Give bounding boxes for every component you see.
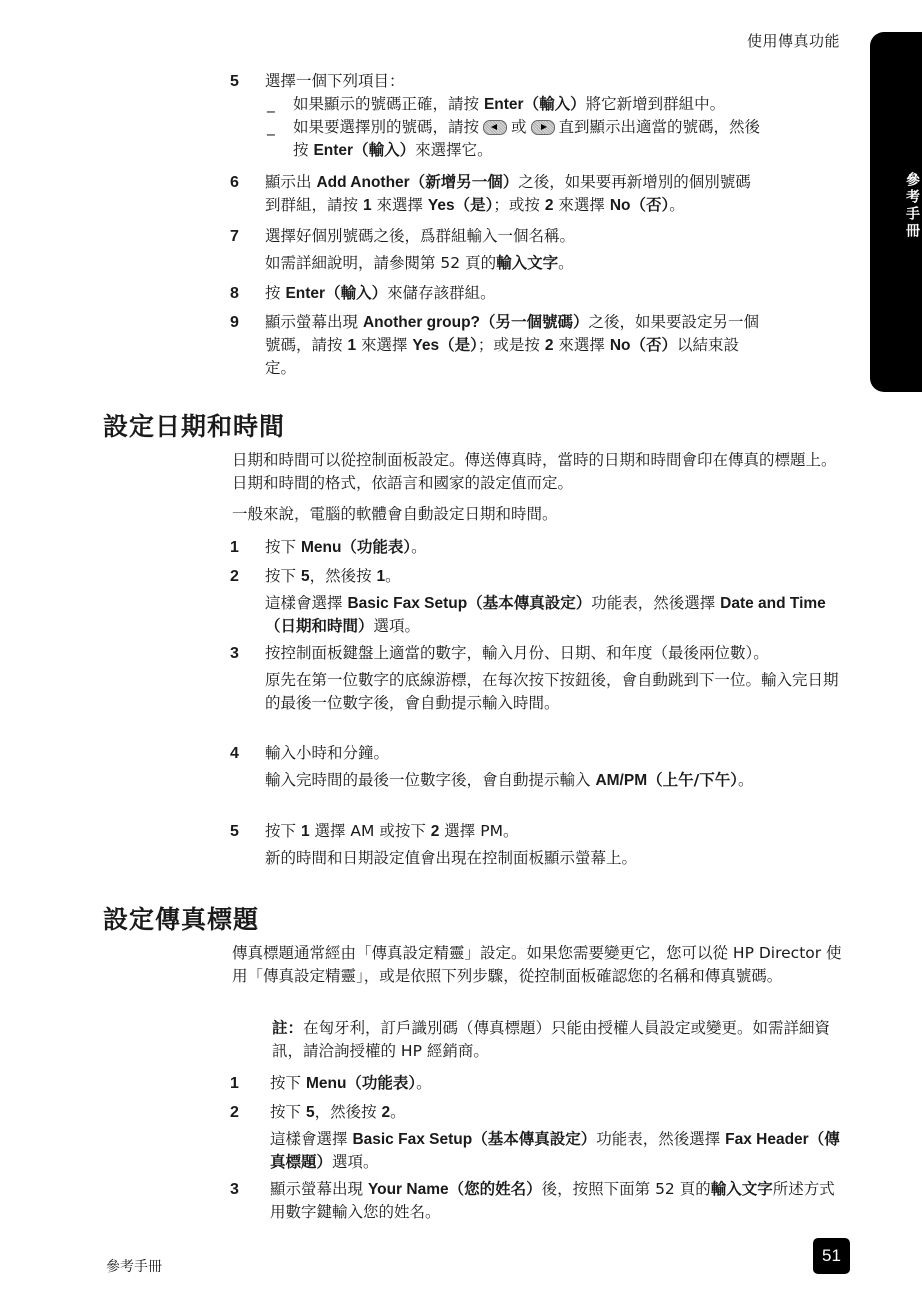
right-arrow-button-icon (531, 120, 555, 135)
step-number: 5 (230, 70, 239, 93)
step-text: 按下 Menu（功能表）。 (270, 1072, 845, 1095)
date-step-1: 1 按下 Menu（功能表）。 (230, 536, 845, 559)
step-text: 輸入小時和分鐘。 (265, 742, 845, 765)
step-text: 顯示出 Add Another（新增另一個）之後，如果要再新增別的個別號碼 到群… (265, 171, 845, 217)
step-text: 按下 5，然後按 1。 (265, 565, 845, 588)
step-number: 4 (230, 742, 239, 765)
cross-reference-link: 輸入文字 (711, 1180, 773, 1198)
date-step-2: 2 按下 5，然後按 1。 這樣會選擇 Basic Fax Setup（基本傳真… (230, 565, 845, 638)
step-number: 7 (230, 225, 239, 248)
step-text: 選擇好個別號碼之後，爲群組輸入一個名稱。 (265, 225, 845, 248)
step-5: 5 選擇一個下列項目： _ 如果顯示的號碼正確，請按 Enter（輸入）將它新增… (230, 70, 845, 162)
footer-book-title: 參考手冊 (106, 1256, 162, 1276)
step-number: 3 (230, 1178, 239, 1201)
step-number: 8 (230, 282, 239, 305)
step-text: 按控制面板鍵盤上適當的數字，輸入月份、日期、和年度（最後兩位數）。 (265, 642, 845, 665)
note-text: 在匈牙利，訂戶識別碼（傳真標題）只能由授權人員設定或變更。如需詳細資訊，請洽詢授… (272, 1019, 830, 1060)
header-step-3: 3 顯示螢幕出現 Your Name（您的姓名）後，按照下面第 52 頁的輸入文… (230, 1178, 845, 1224)
step-detail: 這樣會選擇 Basic Fax Setup（基本傳真設定）功能表，然後選擇 Da… (265, 592, 845, 638)
step-text: 按下 1 選擇 AM 或按下 2 選擇 PM。 (265, 820, 845, 843)
step-number: 9 (230, 311, 239, 334)
key-label: Enter (484, 96, 524, 113)
note: 註：在匈牙利，訂戶識別碼（傳真標題）只能由授權人員設定或變更。如需詳細資訊，請洽… (272, 1017, 844, 1063)
step-text: 顯示螢幕出現 Your Name（您的姓名）後，按照下面第 52 頁的輸入文字所… (270, 1178, 845, 1224)
page-number-badge: 51 (813, 1238, 850, 1274)
section-intro: 傳真標題通常經由「傳真設定精靈」設定。如果您需要變更它，您可以從 HP Dire… (232, 942, 844, 988)
step-text: 按下 5，然後按 2。 (270, 1101, 845, 1124)
step-number: 2 (230, 565, 239, 588)
date-step-5: 5 按下 1 選擇 AM 或按下 2 選擇 PM。 新的時間和日期設定值會出現在… (230, 820, 845, 870)
step-detail: 原先在第一位數字的底線游標，在每次按下按鈕後，會自動跳到下一位。輸入完日期的最後… (265, 669, 845, 715)
step-detail: 新的時間和日期設定值會出現在控制面板顯示螢幕上。 (265, 847, 845, 870)
date-step-4: 4 輸入小時和分鐘。 輸入完時間的最後一位數字後，會自動提示輸入 AM/PM（上… (230, 742, 845, 792)
date-step-3: 3 按控制面板鍵盤上適當的數字，輸入月份、日期、和年度（最後兩位數）。 原先在第… (230, 642, 845, 715)
step-7: 7 選擇好個別號碼之後，爲群組輸入一個名稱。 如需詳細說明，請參閱第 52 頁的… (230, 225, 845, 275)
bullet-item: _ 如果要選擇別的號碼，請按或直到顯示出適當的號碼，然後 按 Enter（輸入）… (265, 116, 845, 162)
header-step-2: 2 按下 5，然後按 2。 這樣會選擇 Basic Fax Setup（基本傳真… (230, 1101, 845, 1174)
step-text: 按下 Menu（功能表）。 (265, 536, 845, 559)
running-head: 使用傳真功能 (747, 30, 840, 51)
step-detail: 這樣會選擇 Basic Fax Setup（基本傳真設定）功能表，然後選擇 Fa… (270, 1128, 845, 1174)
chapter-tab: 參考手冊 (870, 32, 922, 392)
step-text: 顯示螢幕出現 Another group?（另一個號碼）之後，如果要設定另一個 … (265, 311, 845, 380)
step-9: 9 顯示螢幕出現 Another group?（另一個號碼）之後，如果要設定另一… (230, 311, 845, 380)
step-number: 1 (230, 536, 239, 559)
step-8: 8 按 Enter（輸入）來儲存該群組。 (230, 282, 845, 305)
header-step-1: 1 按下 Menu（功能表）。 (230, 1072, 845, 1095)
step-number: 5 (230, 820, 239, 843)
step-6: 6 顯示出 Add Another（新增另一個）之後，如果要再新增別的個別號碼 … (230, 171, 845, 217)
section-title-fax-header: 設定傳真標題 (103, 900, 259, 936)
step-number: 1 (230, 1072, 239, 1095)
step-detail: 如需詳細說明，請參閱第 52 頁的輸入文字。 (265, 252, 845, 275)
note-label: 註： (272, 1019, 303, 1037)
cross-reference-link: 輸入文字 (496, 254, 558, 272)
step-number: 6 (230, 171, 239, 194)
chapter-tab-label: 參考手冊 (870, 172, 922, 240)
bullet-item: _ 如果顯示的號碼正確，請按 Enter（輸入）將它新增到群組中。 (265, 93, 845, 116)
left-arrow-button-icon (483, 120, 507, 135)
step-number: 2 (230, 1101, 239, 1124)
section-intro: 日期和時間可以從控制面板設定。傳送傳真時，當時的日期和時間會印在傳真的標題上。日… (232, 449, 844, 526)
step-text: 選擇一個下列項目： (265, 70, 845, 93)
step-text: 按 Enter（輸入）來儲存該群組。 (265, 282, 845, 305)
step-number: 3 (230, 642, 239, 665)
step-detail: 輸入完時間的最後一位數字後，會自動提示輸入 AM/PM（上午/下午）。 (265, 769, 845, 792)
section-title-date-time: 設定日期和時間 (103, 407, 285, 443)
